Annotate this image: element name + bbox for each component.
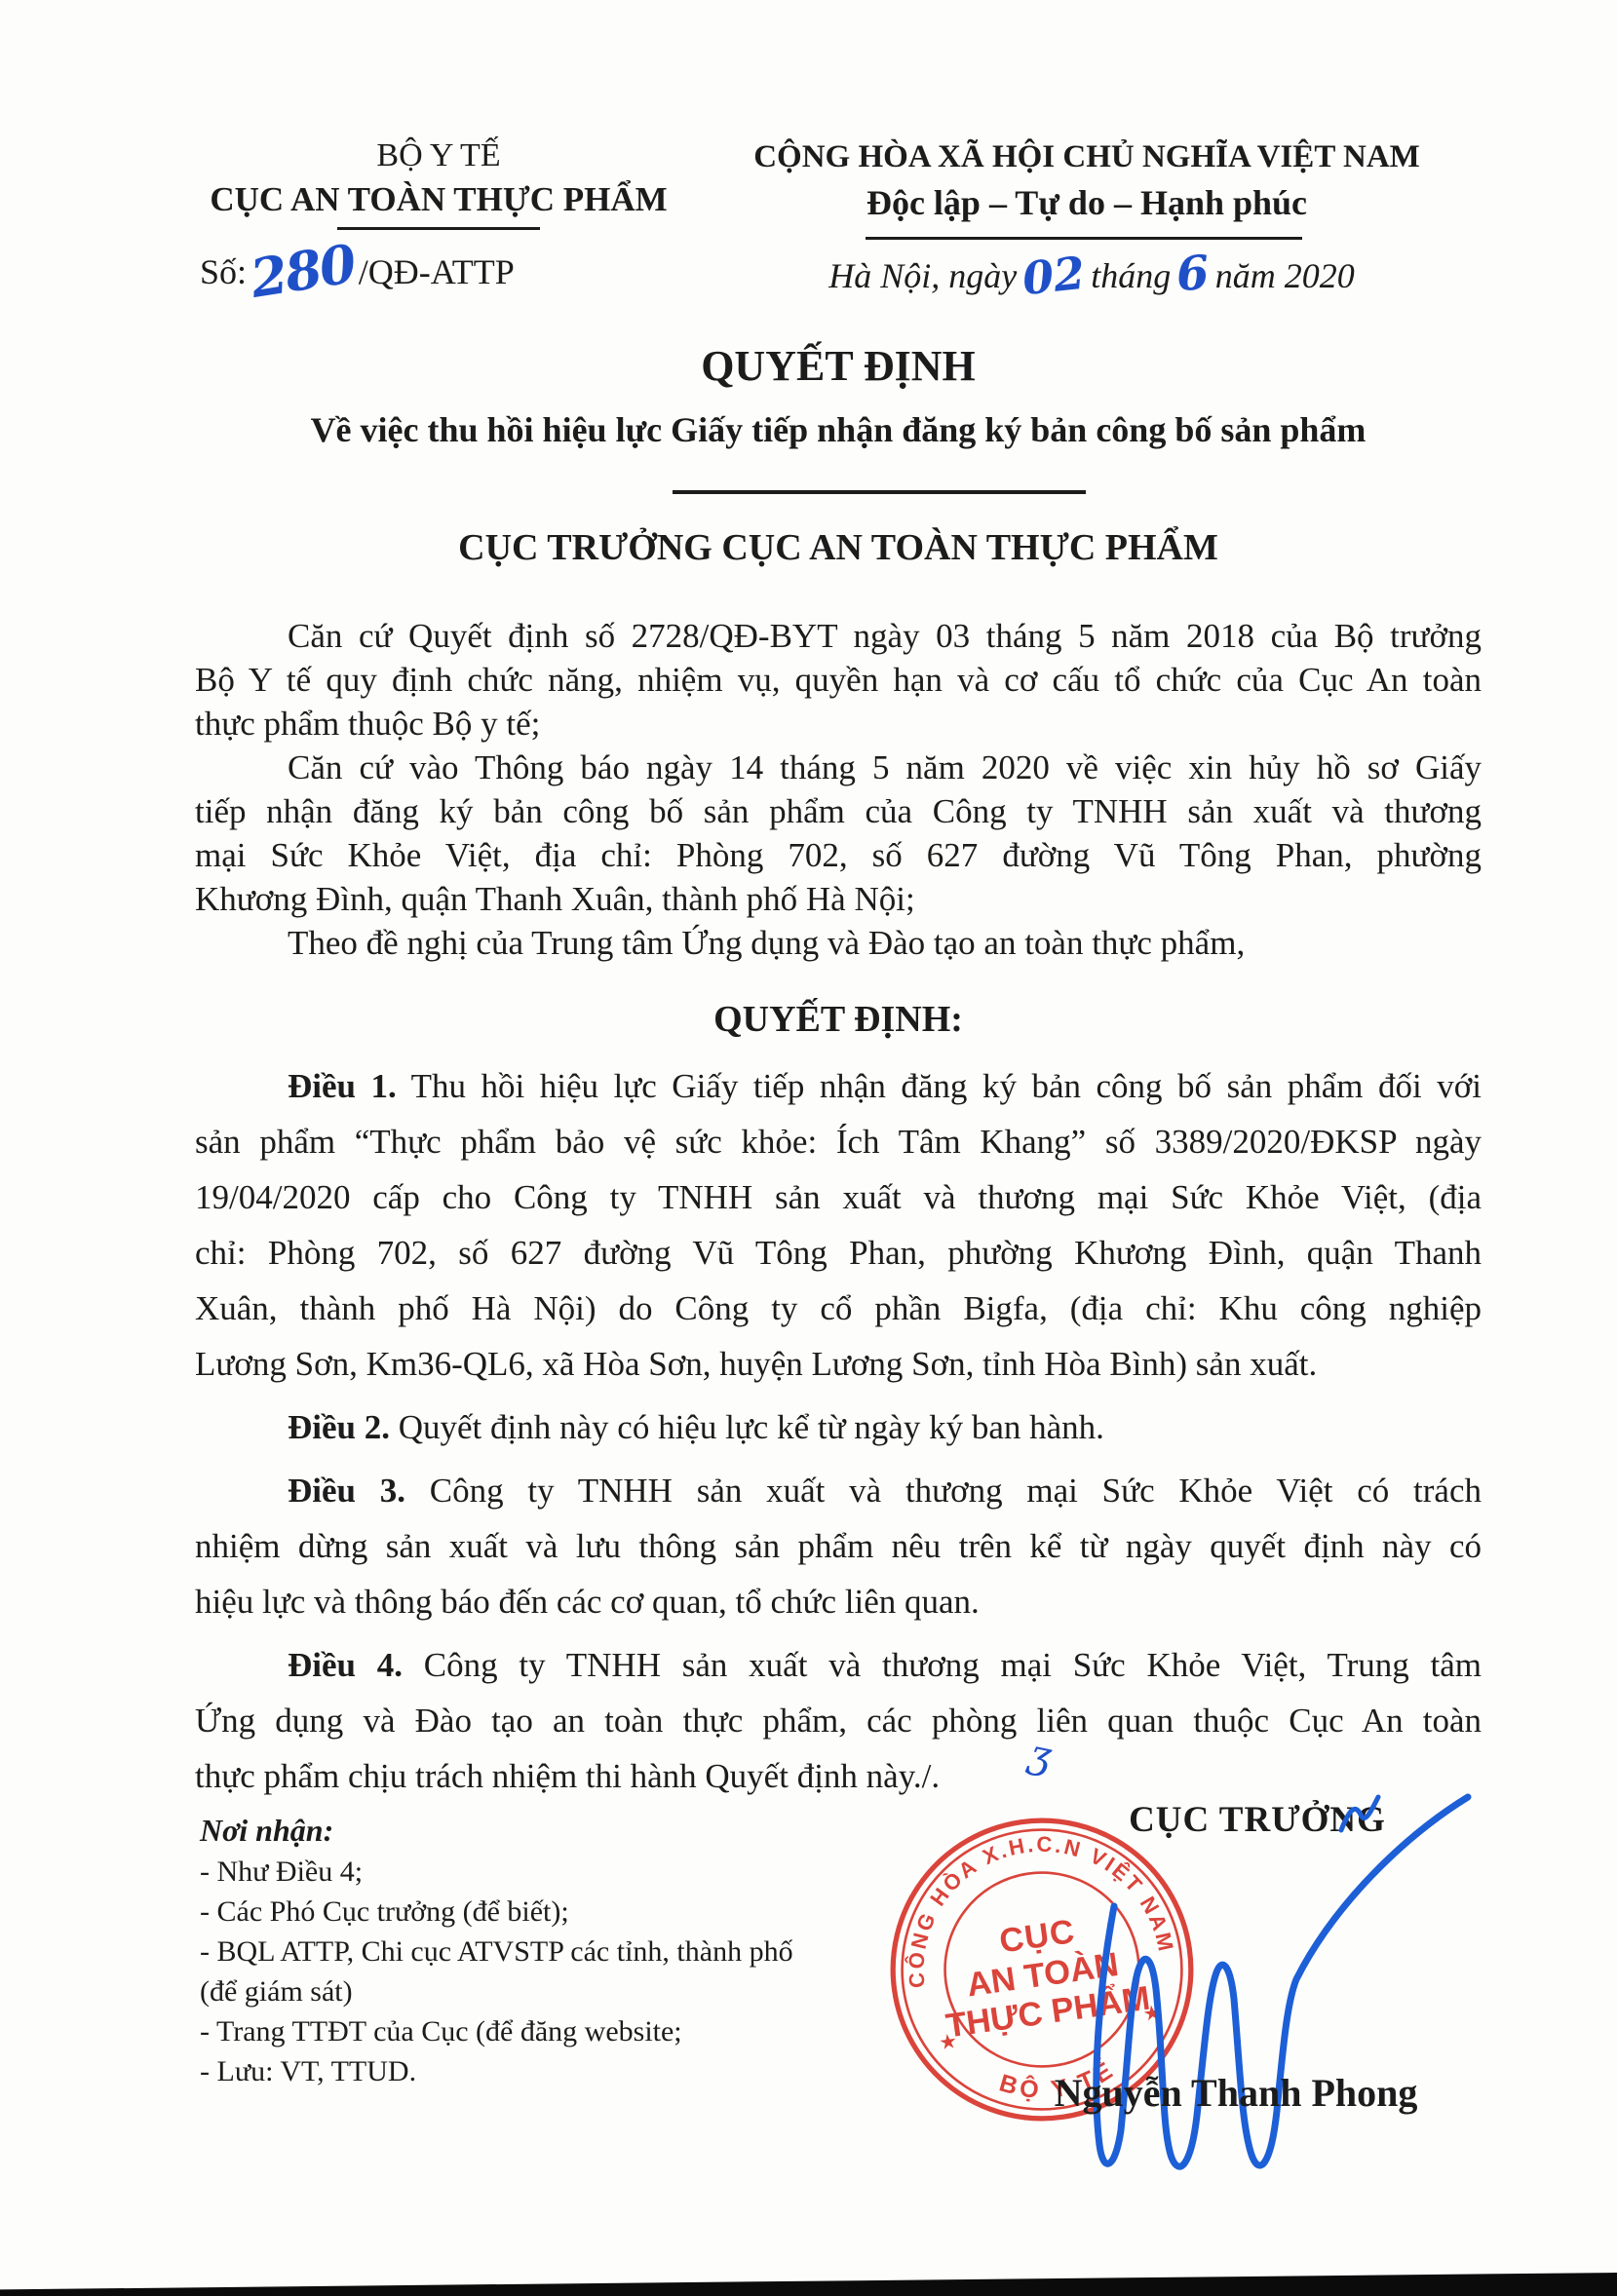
country-title: CỘNG HÒA XÃ HỘI CHỦ NGHĨA VIỆT NAM bbox=[692, 134, 1482, 179]
recipient-item: - Lưu: VT, TTUD. bbox=[200, 2051, 824, 2091]
date-line: Hà Nội, ngày02tháng6năm 2020 bbox=[741, 255, 1443, 296]
articles-section: Điều 1. Thu hồi hiệu lực Giấy tiếp nhận … bbox=[195, 1058, 1482, 1804]
recipient-item: - BQL ATTP, Chi cục ATVSTP các tỉnh, thà… bbox=[200, 1932, 824, 1971]
recipient-item: - Các Phó Cục trưởng (để biết); bbox=[200, 1892, 824, 1932]
ministry-name: BỘ Y TẾ bbox=[146, 134, 731, 177]
date-prefix: Hà Nội, ngày bbox=[828, 256, 1017, 295]
text-line: Căn cứ Quyết định số 2728/QĐ-BYT ngày 03… bbox=[195, 614, 1482, 658]
decision-heading: QUYẾT ĐỊNH: bbox=[195, 998, 1482, 1041]
text-line: Xuân, thành phố Hà Nội) do Công ty cổ ph… bbox=[195, 1281, 1482, 1336]
text-line: Bộ Y tế quy định chức năng, nhiệm vụ, qu… bbox=[195, 658, 1482, 702]
document-number-line: Số:280/QĐ-ATTP bbox=[200, 251, 515, 292]
document-title: QUYẾT ĐỊNH bbox=[195, 341, 1482, 391]
paragraph: Căn cứ vào Thông báo ngày 14 tháng 5 năm… bbox=[195, 746, 1482, 921]
recipient-item: (để giám sát) bbox=[200, 1971, 824, 2011]
text-line: tiếp nhận đăng ký bản công bố sản phẩm c… bbox=[195, 789, 1482, 833]
document-subtitle: Về việc thu hồi hiệu lực Giấy tiếp nhận … bbox=[146, 409, 1530, 450]
handwritten-document-number: 280 bbox=[251, 263, 354, 280]
text-line: Khương Đình, quận Thanh Xuân, thành phố … bbox=[195, 877, 1482, 921]
number-label: Số: bbox=[200, 252, 247, 291]
issuing-authority-title: CỤC TRƯỞNG CỤC AN TOÀN THỰC PHẨM bbox=[195, 526, 1482, 569]
date-suffix: năm 2020 bbox=[1215, 256, 1355, 295]
paragraph: Theo đề nghị của Trung tâm Ứng dụng và Đ… bbox=[195, 921, 1482, 965]
number-suffix: /QĐ-ATTP bbox=[359, 252, 515, 291]
text-line: mại Sức Khỏe Việt, địa chỉ: Phòng 702, s… bbox=[195, 833, 1482, 877]
text-line: Theo đề nghị của Trung tâm Ứng dụng và Đ… bbox=[195, 921, 1482, 965]
recipient-item: - Trang TTĐT của Cục (để đăng website; bbox=[200, 2011, 824, 2051]
text-line: thực phẩm thuộc Bộ y tế; bbox=[195, 702, 1482, 746]
recipient-item: - Như Điều 4; bbox=[200, 1852, 824, 1892]
motto: Độc lập – Tự do – Hạnh phúc bbox=[692, 179, 1482, 226]
text-line: Ứng dụng và Đào tạo an toàn thực phẩm, c… bbox=[195, 1693, 1482, 1748]
recipients-label: Nơi nhận: bbox=[200, 1809, 824, 1852]
text-line: chỉ: Phòng 702, số 627 đường Vũ Tông Pha… bbox=[195, 1225, 1482, 1281]
recipients-list: - Như Điều 4;- Các Phó Cục trưởng (để bi… bbox=[200, 1852, 824, 2091]
stamp-star-left-icon: ★ bbox=[938, 2030, 959, 2054]
paragraph: Căn cứ Quyết định số 2728/QĐ-BYT ngày 03… bbox=[195, 614, 1482, 746]
paragraph: Điều 3. Công ty TNHH sản xuất và thương … bbox=[195, 1463, 1482, 1629]
text-line: sản phẩm “Thực phẩm bảo vệ sức khỏe: Ích… bbox=[195, 1114, 1482, 1169]
date-mid: tháng bbox=[1091, 256, 1171, 295]
text-line: 19/04/2020 cấp cho Công ty TNHH sản xuất… bbox=[195, 1169, 1482, 1225]
text-line: Điều 3. Công ty TNHH sản xuất và thương … bbox=[195, 1463, 1482, 1518]
text-line: Điều 4. Công ty TNHH sản xuất và thương … bbox=[195, 1637, 1482, 1693]
article-label: Điều 3. bbox=[288, 1472, 405, 1510]
text-line: Lương Sơn, Km36-QL6, xã Hòa Sơn, huyện L… bbox=[195, 1336, 1482, 1392]
title-divider bbox=[673, 490, 1086, 494]
text-line: Căn cứ vào Thông báo ngày 14 tháng 5 năm… bbox=[195, 746, 1482, 789]
article-label: Điều 2. bbox=[288, 1408, 390, 1446]
paragraph: Điều 2. Quyết định này có hiệu lực kể từ… bbox=[195, 1399, 1482, 1455]
article-label: Điều 4. bbox=[288, 1646, 403, 1684]
agency-underline bbox=[337, 227, 540, 230]
recipients-block: Nơi nhận: - Như Điều 4;- Các Phó Cục trư… bbox=[200, 1809, 824, 2091]
national-motto-block: CỘNG HÒA XÃ HỘI CHỦ NGHĨA VIỆT NAM Độc l… bbox=[692, 134, 1482, 226]
motto-underline bbox=[866, 237, 1302, 240]
paragraph: Điều 1. Thu hồi hiệu lực Giấy tiếp nhận … bbox=[195, 1058, 1482, 1392]
article-label: Điều 1. bbox=[288, 1067, 397, 1105]
text-line: hiệu lực và thông báo đến các cơ quan, t… bbox=[195, 1574, 1482, 1629]
issuing-agency-block: BỘ Y TẾ CỤC AN TOÀN THỰC PHẨM bbox=[146, 134, 731, 222]
preamble-section: Căn cứ Quyết định số 2728/QĐ-BYT ngày 03… bbox=[195, 614, 1482, 965]
scan-edge-artifact bbox=[0, 2267, 1617, 2296]
text-line: nhiệm dừng sản xuất và lưu thông sản phẩ… bbox=[195, 1518, 1482, 1574]
handwritten-signature bbox=[1031, 1760, 1489, 2189]
signer-name: Nguyễn Thanh Phong bbox=[982, 2070, 1489, 2116]
handwritten-month: 6 bbox=[1176, 273, 1209, 275]
handwritten-day: 02 bbox=[1022, 273, 1085, 280]
signature-flourish bbox=[1341, 1797, 1378, 1830]
agency-name: CỤC AN TOÀN THỰC PHẨM bbox=[146, 177, 731, 222]
text-line: Điều 1. Thu hồi hiệu lực Giấy tiếp nhận … bbox=[195, 1058, 1482, 1114]
scanned-decision-document: BỘ Y TẾ CỤC AN TOÀN THỰC PHẨM Số:280/QĐ-… bbox=[0, 0, 1617, 2296]
text-line: Điều 2. Quyết định này có hiệu lực kể từ… bbox=[195, 1399, 1482, 1455]
